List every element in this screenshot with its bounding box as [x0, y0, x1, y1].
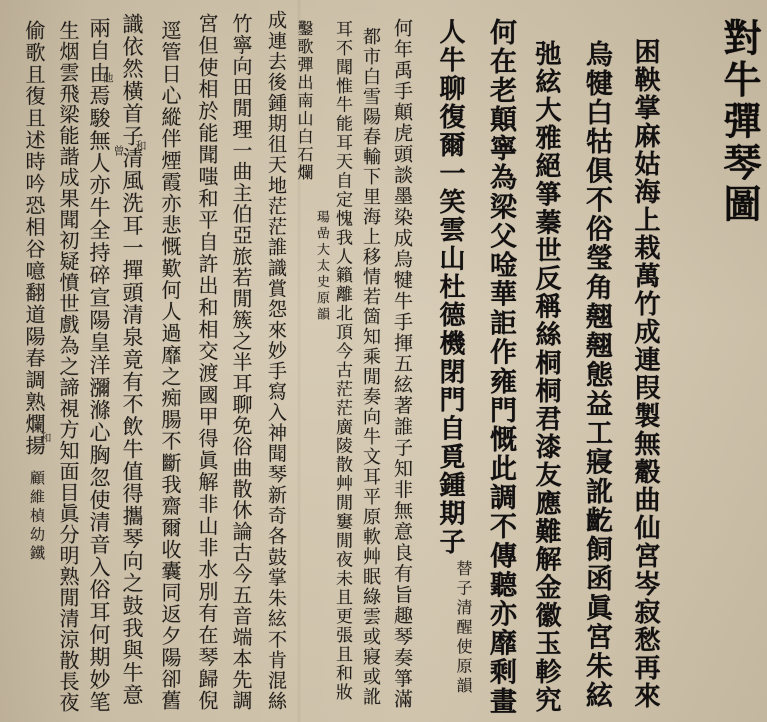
side-note: 和 [134, 140, 146, 151]
side-note: 他 [101, 72, 113, 83]
poem1-column-1: 𦐄風飂飂白石碶玄晏先生騁玄賞何來致此觳觫犨三尺龍唇 [668, 8, 714, 718]
signature: 顧維楨幼鐵 [27, 470, 47, 560]
poem2-column-2: 都市白雪陽春輸下里海上移情若箇知乘閒奏向牛文耳平原軟艸眠綠雲或寢或訛 [355, 27, 386, 705]
side-note: 和 [39, 432, 51, 443]
calligraphy-sheet: 對牛彈琴圖 𦐄風飂飂白石碶玄晏先生騁玄賞何來致此觳觫犨三尺龍唇 困鞅掌麻姑海上栽… [0, 0, 767, 722]
poem3-column-3: 宮但使相於能聞嗤和平自許出和相交渡國甲得眞解非山非水別有在琴歸倪 [189, 13, 225, 710]
poem2-column-3: 耳不聞惟牛能耳天自定愧我人籟離北頂今古茫茫廣陵散艸閒窶閒夜未且更張且和妝 [328, 20, 356, 700]
poem1-column-4: 弛絃大雅絕箏蓁世反稱絲桐桐君漆友應難解金徽玉軫究 [523, 40, 569, 712]
poem3-column-6: 兩自由焉駿無人亦牛全持碎宣陽皇洋瀰滌心胸忽使清音入俗耳何期妙笔 [82, 17, 116, 712]
poem1-column-2: 困鞅掌麻姑海上栽萬竹成連叚製無觳曲仙宮岑寂愁再來 [622, 38, 668, 708]
poem1-column-3: 烏犍白牯俱不俗瑩角翹翹態益工寢訛齕飼函眞宮朱絃 [573, 40, 619, 708]
poem2-column-1: 何年禹手顛虎頭談墨染成烏犍牛手揮五絃著誰子知非無意良有旨趣琴奏箏滿 [386, 18, 418, 708]
poem2-column-4: 鑿歌彈出南山白石爛 [292, 20, 316, 180]
title-column: 對牛彈琴圖 [716, 18, 762, 222]
side-note: 曾 [112, 145, 124, 156]
poem3-column-8: 偷歌且復且述時吟恐相谷噫翻道陽春調熟爛揚 [18, 20, 50, 455]
poem3-column-7: 生烟雲飛梁能諧成果聞初疑憤世戲為之諦視方知面目眞分明熟閒清涼散長夜 [51, 20, 85, 712]
poem3-column-2: 竹寧向田閒理一曲主伯亞旅若閒簇之半耳聊免俗曲散休論古今五音端本先調 [223, 13, 259, 710]
poem1-inscription: 替子清醒使原韻 [452, 560, 474, 693]
poem3-column-4: 逕管日心縱伴煙霞亦悲慨歎何人過靡之痴腸不斷我齋爾收囊同返夕陽卻舊 [150, 20, 190, 710]
poem1-column-5: 何在老顛寧為梁父唫華詎作雍門慨此調不傳聽亦靡剩畫 [477, 18, 523, 714]
poem1-column-6: 人牛聊復爾一笑雲山杜德機閉門自覓鍾期子 [428, 18, 472, 554]
poem3-column-1: 成連去後鍾期徂天地茫茫誰識賞怨來妙手寫入神聞琴新奇各鼓掌朱絃不肯混絲 [257, 10, 295, 710]
poem3-column-5: 識依然橫首子清風洗耳一撣頭清泉竟有不飲牛值得攜琴向之鼓我與牛意 [113, 13, 151, 705]
poem2-inscription: 瑒嵒大太史原韻 [313, 210, 329, 320]
